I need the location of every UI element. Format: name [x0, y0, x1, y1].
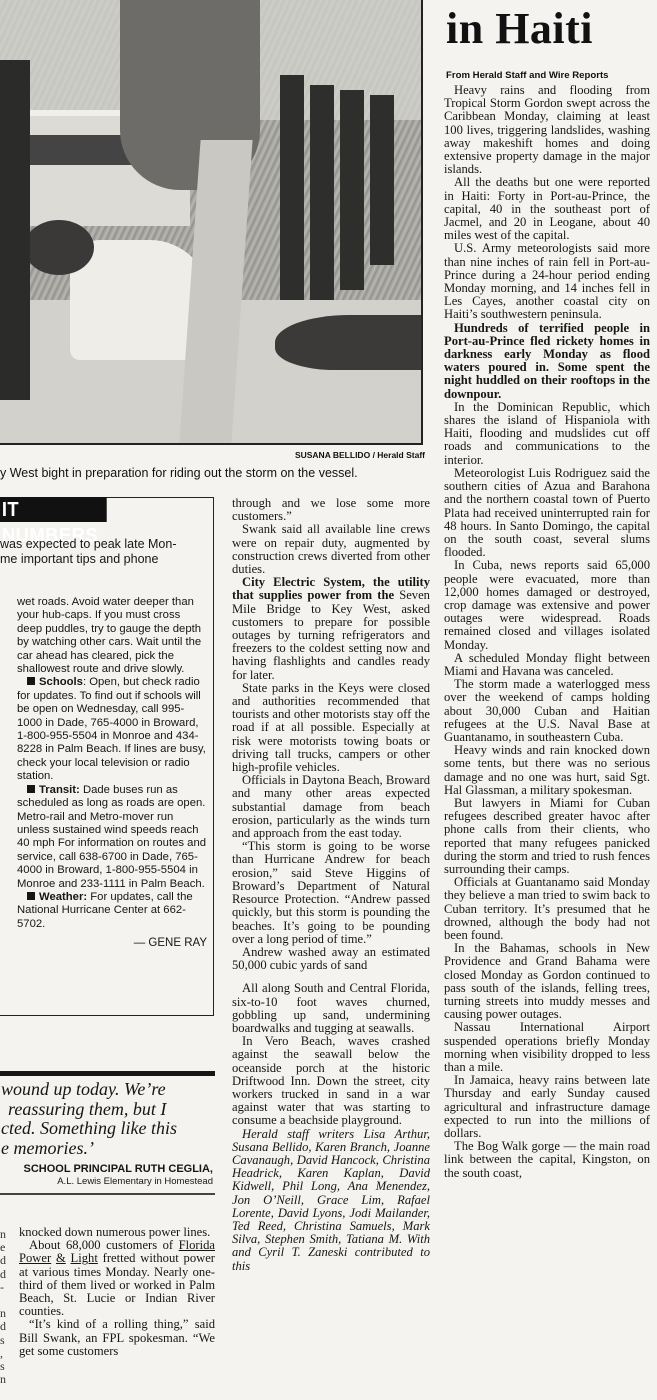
paragraph: Meteorologist Luis Rodriguez said the so… — [444, 467, 650, 559]
pull-quote-attribution: SCHOOL PRINCIPAL RUTH CEGLIA, A.L. Lewis… — [0, 1163, 213, 1187]
photo-piling — [370, 95, 394, 265]
paragraph: About 68,000 customers of Florida Power … — [19, 1239, 215, 1318]
paragraph: In the Bahamas, schools in New Providenc… — [444, 942, 650, 1021]
photo-person-head — [24, 220, 94, 275]
photo-piling — [340, 90, 364, 290]
paragraph: In Cuba, news reports said 65,000 people… — [444, 559, 650, 651]
info-box-intro: was expected to peak late Mon- me import… — [0, 537, 205, 567]
edge-fragment: d — [0, 1268, 6, 1281]
info-box-paragraph: wet roads. Avoid water deeper than your … — [17, 596, 207, 676]
photo-credit: SUSANA BELLIDO / Herald Staff — [260, 450, 425, 460]
paragraph: Heavy rains and flooding from Tropical S… — [444, 84, 650, 176]
photo-post — [0, 60, 30, 400]
photo-tarp — [275, 315, 423, 370]
pull-quote: wound up today. We’re reassuring them, b… — [0, 1080, 215, 1158]
paragraph: Hundreds of terrified people in Port-au-… — [444, 322, 650, 401]
info-box-title: IT NUMBERS — [0, 497, 107, 522]
byline: From Herald Staff and Wire Reports — [446, 70, 657, 81]
pull-quote-line: e memories.’ — [0, 1139, 215, 1159]
paragraph: A scheduled Monday flight between Miami … — [444, 652, 650, 678]
paragraph: “This storm is going to be worse than Hu… — [232, 840, 430, 946]
info-box-label: Weather: — [39, 891, 87, 903]
pull-quote-line: reassuring them, but I — [0, 1100, 215, 1120]
paragraph: through and we lose some more customers.… — [232, 497, 430, 523]
quote-attribution-org: A.L. Lewis Elementary in Homestead — [0, 1176, 213, 1187]
paragraph: The storm made a waterlogged mess over t… — [444, 678, 650, 744]
cropped-column-edge: n e d d - n d s , s n — [0, 1228, 6, 1386]
info-box-label: Transit: — [39, 784, 80, 796]
edge-fragment: n — [0, 1373, 6, 1386]
paragraph: Andrew washed away an estimated 50,000 c… — [232, 946, 430, 972]
paragraph: Officials at Guantanamo said Monday they… — [444, 876, 650, 942]
paragraph: The Bog Walk gorge — the main road link … — [444, 1140, 650, 1180]
info-box-paragraph-schools: Schools: Open, but check radio for updat… — [17, 676, 207, 783]
paragraph: Heavy winds and rain knocked down some t… — [444, 744, 650, 797]
info-box-paragraph-weather: Weather: For updates, call the National … — [17, 891, 207, 931]
paragraph: Nassau International Airport suspended o… — [444, 1021, 650, 1074]
info-box-body: wet roads. Avoid water deeper than your … — [17, 596, 207, 951]
edge-fragment: d — [0, 1320, 6, 1333]
photo-caption: y West bight in preparation for riding o… — [0, 466, 430, 480]
info-box-text: Open, but check radio for updates. To fi… — [17, 676, 206, 782]
square-bullet-icon — [27, 892, 35, 900]
contributors-credit: Herald staff writers Lisa Arthur, Susana… — [232, 1128, 430, 1273]
pull-quote-line: cted. Something like this — [0, 1119, 215, 1139]
underlined-text: & — [56, 1251, 66, 1265]
underlined-text: Florida — [179, 1238, 215, 1252]
quote-bottom-rule — [0, 1193, 215, 1195]
paragraph: City Electric System, the utility that s… — [232, 576, 430, 682]
paragraph: In Vero Beach, waves crashed against the… — [232, 1035, 430, 1127]
text-run: Seven Mile Bridge to Key West, asked cus… — [232, 588, 430, 681]
pull-quote-line: wound up today. We’re — [0, 1080, 215, 1100]
underlined-text: Power — [19, 1251, 51, 1265]
square-bullet-icon — [27, 677, 35, 685]
info-box-paragraph-transit: Transit: Dade buses run as scheduled as … — [17, 784, 207, 891]
paragraph: U.S. Army meteorologists said more than … — [444, 242, 650, 321]
paragraph: “It’s kind of a rolling thing,” said Bil… — [19, 1318, 215, 1358]
underlined-text: Light — [71, 1251, 98, 1265]
text-run: About 68,000 customers of — [29, 1238, 179, 1252]
quote-top-rule — [0, 1071, 215, 1076]
info-box-text: Dade buses run as scheduled as long as r… — [17, 784, 206, 890]
quote-attribution-name: SCHOOL PRINCIPAL RUTH CEGLIA, — [0, 1163, 213, 1175]
article-column-haiti: Heavy rains and flooding from Tropical S… — [444, 84, 650, 1180]
paragraph: In Jamaica, heavy rains between late Thu… — [444, 1074, 650, 1140]
paragraph: All along South and Central Florida, six… — [232, 982, 430, 1035]
paragraph: Swank said all available line crews were… — [232, 523, 430, 576]
info-box-signature: — GENE RAY — [17, 937, 207, 950]
article-column-fpl: knocked down numerous power lines. About… — [19, 1226, 215, 1358]
edge-fragment: s — [0, 1334, 6, 1347]
headline: in Haiti — [446, 4, 657, 54]
info-box-intro-line: me important tips and phone — [0, 552, 205, 567]
article-column-middle: through and we lose some more customers.… — [232, 497, 430, 1273]
photo-credit-name: SUSANA BELLIDO — [295, 450, 370, 460]
paragraph: All the deaths but one were reported in … — [444, 176, 650, 242]
info-box-label: Schools — [39, 676, 83, 688]
info-box-intro-line: was expected to peak late Mon- — [0, 537, 205, 552]
photo-credit-org: / Herald Staff — [373, 450, 425, 460]
news-photo — [0, 0, 423, 445]
paragraph: In the Dominican Republic, which shares … — [444, 401, 650, 467]
paragraph: But lawyers in Miami for Cuban refugees … — [444, 797, 650, 876]
paragraph: State parks in the Keys were closed and … — [232, 682, 430, 774]
edge-fragment: d — [0, 1254, 6, 1267]
photo-piling — [280, 75, 304, 335]
paragraph: Officials in Daytona Beach, Broward and … — [232, 774, 430, 840]
square-bullet-icon — [27, 785, 35, 793]
